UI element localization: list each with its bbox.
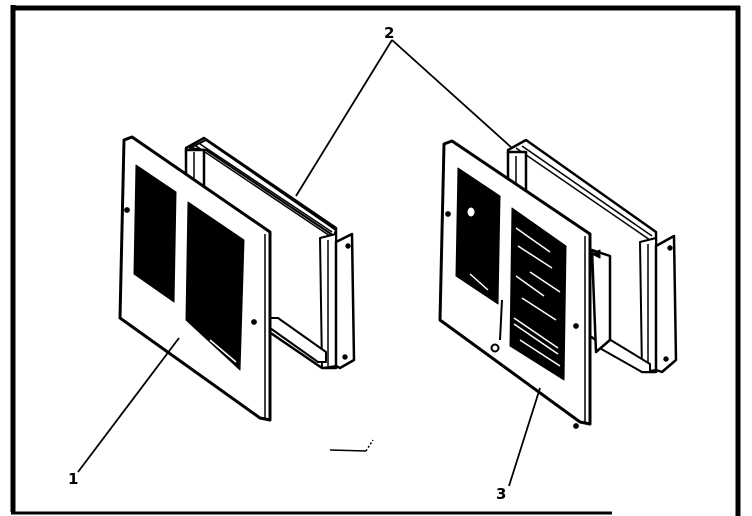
right-assembly: [440, 140, 676, 486]
callout-1-label: 1: [68, 470, 78, 488]
left-assembly: [78, 137, 354, 472]
stray-marks: [330, 440, 373, 451]
callout-3-label: 3: [496, 485, 506, 503]
callout-3-leader: [509, 388, 540, 486]
parts-diagram: 1 2 3: [0, 0, 752, 516]
callout-2-label: 2: [384, 24, 394, 42]
callout-1-leader: [78, 338, 179, 472]
right-inner-box: [592, 250, 610, 352]
